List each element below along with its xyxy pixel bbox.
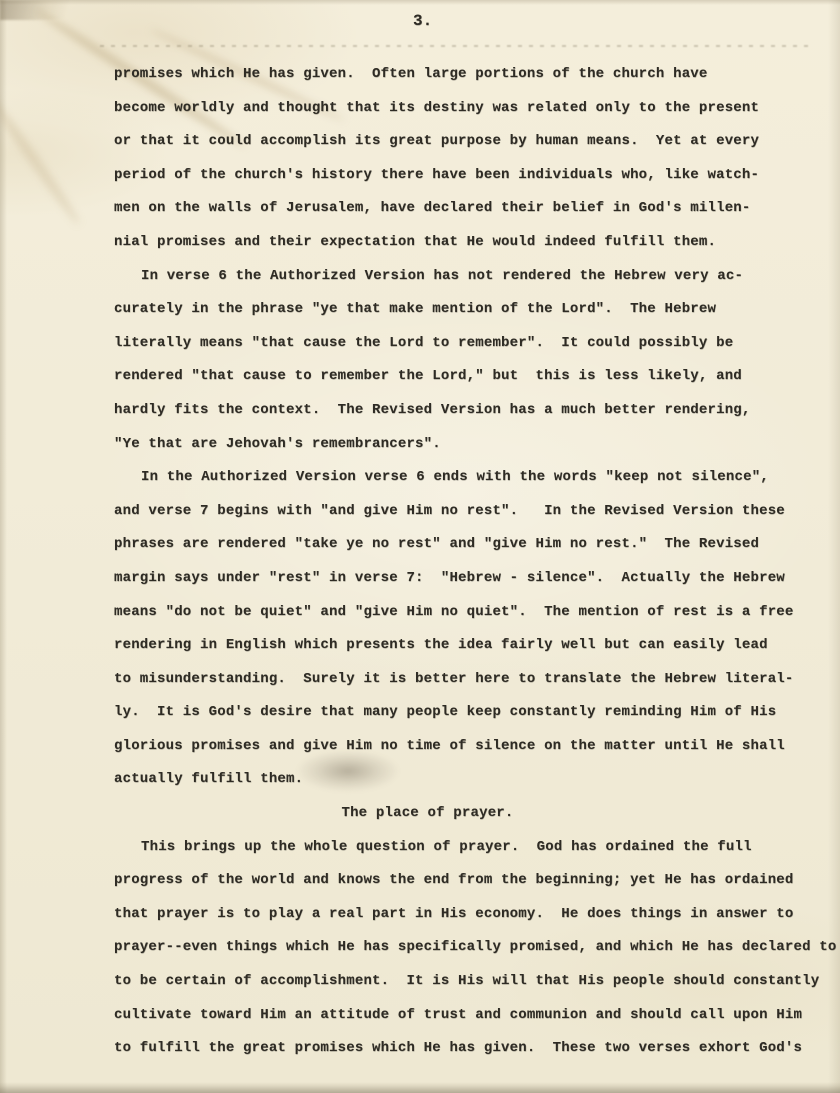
- text-line: prayer--even things which He has specifi…: [114, 931, 826, 965]
- scan-crease-line: [100, 45, 812, 47]
- text-line: cultivate toward Him an attitude of trus…: [114, 999, 826, 1033]
- document-text: promises which He has given. Often large…: [114, 58, 826, 1066]
- paper-edge-right: [828, 0, 840, 1093]
- text-line: This brings up the whole question of pra…: [114, 831, 826, 865]
- document-page: 3. promises which He has given. Often la…: [0, 0, 840, 1093]
- paper-crease: [0, 94, 83, 227]
- text-line: to be certain of accomplishment. It is H…: [114, 965, 826, 999]
- text-line: progress of the world and knows the end …: [114, 864, 826, 898]
- text-line: that prayer is to play a real part in Hi…: [114, 898, 826, 932]
- text-line: to misunderstanding. Surely it is better…: [114, 663, 826, 697]
- text-line: actually fulfill them.: [114, 763, 826, 797]
- text-line: rendering in English which presents the …: [114, 629, 826, 663]
- text-line: glorious promises and give Him no time o…: [114, 730, 826, 764]
- text-line: ly. It is God's desire that many people …: [114, 696, 826, 730]
- text-line: rendered "that cause to remember the Lor…: [114, 360, 826, 394]
- text-line: to fulfill the great promises which He h…: [114, 1032, 826, 1066]
- text-line: In verse 6 the Authorized Version has no…: [114, 260, 826, 294]
- text-line: margin says under "rest" in verse 7: "He…: [114, 562, 826, 596]
- text-line: or that it could accomplish its great pu…: [114, 125, 826, 159]
- text-line: literally means "that cause the Lord to …: [114, 327, 826, 361]
- text-line: period of the church's history there hav…: [114, 159, 826, 193]
- scanner-edge-bottom: [0, 1082, 840, 1093]
- page-number: 3.: [413, 12, 432, 30]
- paper-edge-top: [0, 0, 840, 5]
- text-line: means "do not be quiet" and "give Him no…: [114, 596, 826, 630]
- text-line: "Ye that are Jehovah's remembrancers".: [114, 428, 826, 462]
- text-line: promises which He has given. Often large…: [114, 58, 826, 92]
- text-line: men on the walls of Jerusalem, have decl…: [114, 192, 826, 226]
- text-line: become worldly and thought that its dest…: [114, 92, 826, 126]
- text-line: nial promises and their expectation that…: [114, 226, 826, 260]
- text-line: curately in the phrase "ye that make men…: [114, 293, 826, 327]
- text-line: and verse 7 begins with "and give Him no…: [114, 495, 826, 529]
- section-heading: The place of prayer.: [114, 797, 826, 831]
- paper-edge-left: [0, 0, 7, 1093]
- paper-corner-fold: [0, 0, 85, 20]
- text-line: phrases are rendered "take ye no rest" a…: [114, 528, 826, 562]
- text-line: hardly fits the context. The Revised Ver…: [114, 394, 826, 428]
- text-line: In the Authorized Version verse 6 ends w…: [114, 461, 826, 495]
